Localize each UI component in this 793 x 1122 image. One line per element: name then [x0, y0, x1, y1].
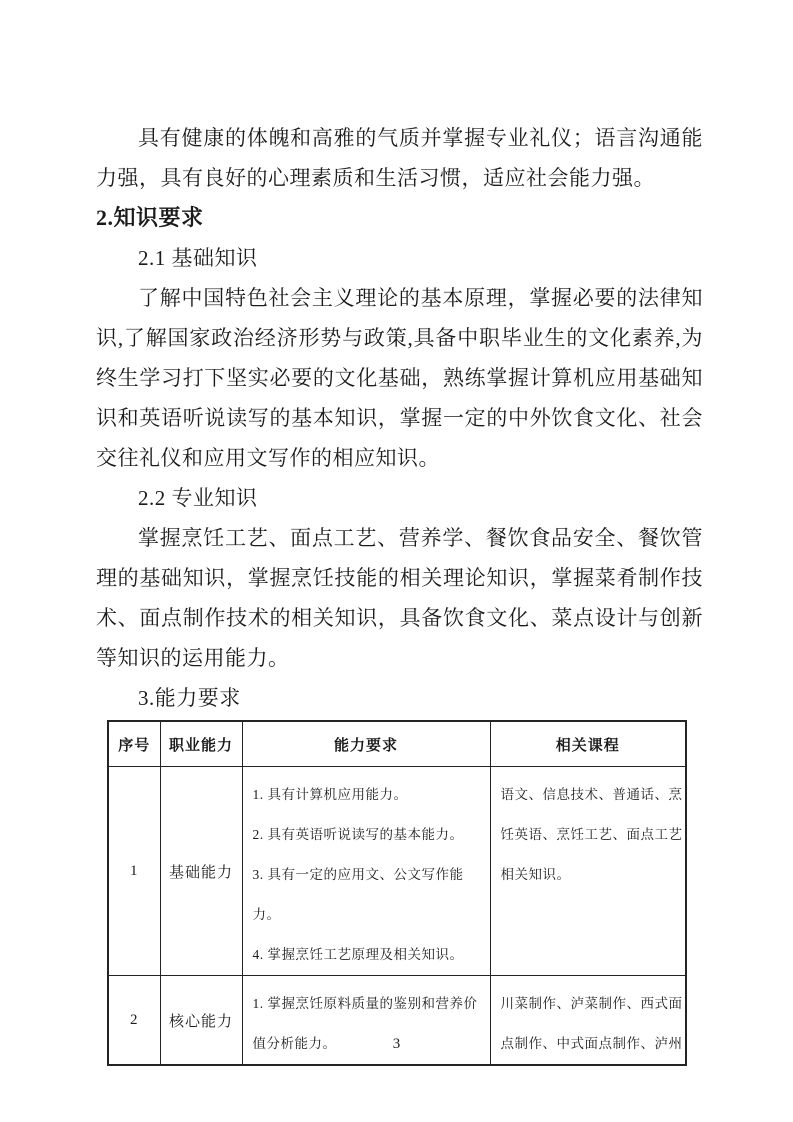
table-row: 1 基础能力 1. 具有计算机应用能力。 2. 具有英语听说读写的基本能力。 3…: [108, 767, 686, 976]
document-page: 具有健康的体魄和高雅的气质并掌握专业礼仪；语言沟通能力强，具有良好的心理素质和生…: [0, 0, 793, 1122]
requirement-item: 3. 具有一定的应用文、公文写作能力。: [253, 855, 489, 935]
header-courses: 相关课程: [490, 721, 686, 767]
requirement-item: 1. 具有计算机应用能力。: [253, 775, 489, 815]
header-requirements: 能力要求: [242, 721, 490, 767]
header-no: 序号: [108, 721, 160, 767]
section-2-1-body: 了解中国特色社会主义理论的基本原理，掌握必要的法律知识,了解国家政治经济形势与政…: [96, 278, 703, 478]
intro-paragraph: 具有健康的体魄和高雅的气质并掌握专业礼仪；语言沟通能力强，具有良好的心理素质和生…: [96, 118, 703, 198]
cell-courses: 语文、信息技术、普通话、烹饪英语、烹饪工艺、面点工艺相关知识。: [490, 767, 686, 976]
cell-ability: 基础能力: [160, 767, 242, 976]
page-number: 3: [0, 1036, 793, 1053]
document-body: 具有健康的体魄和高雅的气质并掌握专业礼仪；语言沟通能力强，具有良好的心理素质和生…: [96, 118, 703, 1066]
section-2-2-body: 掌握烹饪工艺、面点工艺、营养学、餐饮食品安全、餐饮管理的基础知识，掌握烹饪技能的…: [96, 518, 703, 678]
requirement-item: 2. 具有英语听说读写的基本能力。: [253, 815, 489, 855]
section-2-1-title: 2.1 基础知识: [96, 238, 703, 278]
section-2-2-title: 2.2 专业知识: [96, 478, 703, 518]
requirement-item: 4. 掌握烹饪工艺原理及相关知识。: [253, 935, 489, 975]
cell-no: 1: [108, 767, 160, 976]
header-ability: 职业能力: [160, 721, 242, 767]
ability-requirements-table: 序号 职业能力 能力要求 相关课程 1 基础能力 1. 具有计算机应用能力。 2…: [107, 720, 687, 1066]
table-header-row: 序号 职业能力 能力要求 相关课程: [108, 721, 686, 767]
heading-knowledge-requirements: 2.知识要求: [96, 198, 703, 238]
cell-requirements: 1. 具有计算机应用能力。 2. 具有英语听说读写的基本能力。 3. 具有一定的…: [242, 767, 490, 976]
heading-ability-requirements: 3.能力要求: [96, 678, 703, 718]
